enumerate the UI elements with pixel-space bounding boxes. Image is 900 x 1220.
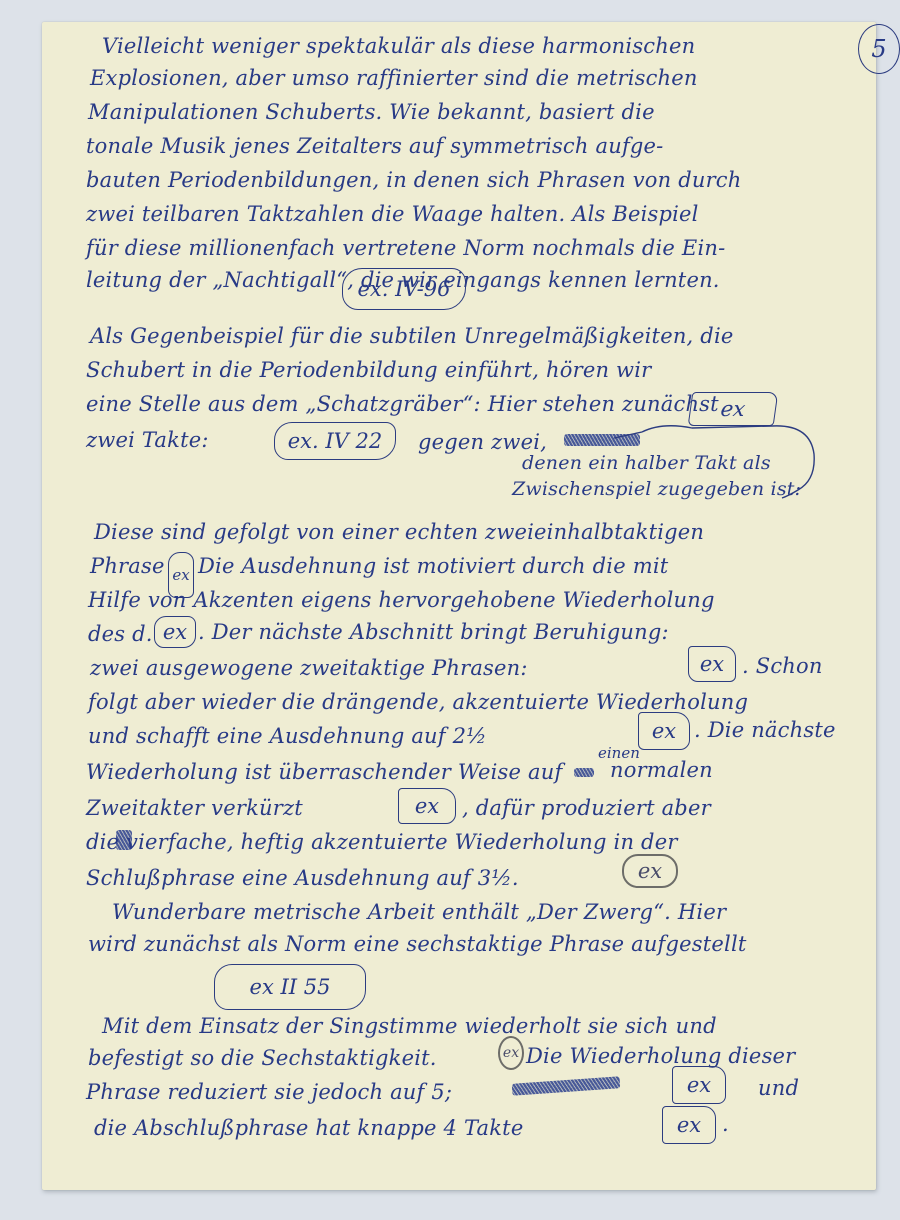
text-line: die Abschlußphrase hat knappe 4 Takte — [94, 1118, 523, 1139]
text-line: Manipulationen Schuberts. Wie bekannt, b… — [88, 102, 655, 123]
text-line: . Schon — [742, 656, 823, 677]
example-marker-iv-96: ex. IV-96 — [342, 268, 466, 310]
example-marker-ex: ex — [154, 616, 196, 648]
text-line: normalen — [610, 760, 713, 781]
page-number: 5 — [858, 24, 900, 74]
text-line: Explosionen, aber umso raffinierter sind… — [90, 68, 698, 89]
text-line: zwei Takte: — [86, 430, 209, 451]
crossed-out-word — [564, 434, 640, 446]
text-line: Schlußphrase eine Ausdehnung auf 3½. — [86, 868, 519, 889]
example-marker-iv-22: ex. IV 22 — [274, 422, 396, 460]
text-line: Wiederholung ist überraschender Weise au… — [86, 762, 562, 783]
crossed-out-word — [512, 1076, 621, 1096]
text-line: Hilfe von Akzenten eigens hervorgehobene… — [88, 590, 715, 611]
example-marker-ex: ex — [688, 646, 736, 682]
text-line: gegen zwei, — [418, 432, 547, 453]
text-line: zwei teilbaren Taktzahlen die Waage halt… — [86, 204, 699, 225]
crossed-out-word — [574, 768, 594, 777]
text-line: . Der nächste Abschnitt bringt Beruhigun… — [198, 622, 669, 643]
text-line: Die Ausdehnung ist motiviert durch die m… — [198, 556, 668, 577]
text-line: wird zunächst als Norm eine sechstaktige… — [88, 934, 747, 955]
text-line: folgt aber wieder die drängende, akzentu… — [88, 692, 748, 713]
text-line: Als Gegenbeispiel für die subtilen Unreg… — [90, 326, 734, 347]
manuscript-page: 5 Vielleicht weniger spektakulär als die… — [42, 22, 876, 1190]
example-marker-ex: ex — [638, 712, 690, 750]
text-line: . Die nächste — [694, 720, 836, 741]
text-line: die vierfache, heftig akzentuierte Wiede… — [86, 832, 678, 853]
text-line: bauten Periodenbildungen, in denen sich … — [86, 170, 742, 191]
text-line: , dafür produziert aber — [462, 798, 711, 819]
text-line: tonale Musik jenes Zeitalters auf symmet… — [86, 136, 663, 157]
text-line: Schubert in die Periodenbildung einführt… — [86, 360, 651, 381]
text-line: eine Stelle aus dem „Schatzgräber“: Hier… — [86, 394, 719, 415]
example-marker-ex-pencil: ex — [498, 1036, 524, 1070]
text-line: Zwischenspiel zugegeben ist: — [512, 480, 801, 499]
text-line: zwei ausgewogene zweitaktige Phrasen: — [90, 658, 528, 679]
text-line: Phrase — [90, 556, 165, 577]
example-marker-ex: ex — [688, 392, 779, 426]
example-marker-ii-55: ex II 55 — [214, 964, 366, 1010]
text-line: Diese sind gefolgt von einer echten zwei… — [94, 522, 704, 543]
example-marker-ex: ex — [398, 788, 456, 824]
text-line: für diese millionenfach vertretene Norm … — [86, 238, 725, 259]
text-line: Mit dem Einsatz der Singstimme wiederhol… — [102, 1016, 717, 1037]
text-line: . — [722, 1114, 729, 1135]
text-line: Wunderbare metrische Arbeit enthält „Der… — [112, 902, 726, 923]
text-line: und — [758, 1078, 799, 1099]
text-line: Vielleicht weniger spektakulär als diese… — [102, 36, 695, 57]
text-line: des d. — [88, 624, 153, 645]
example-marker-ex: ex — [662, 1106, 716, 1144]
text-line: Phrase reduziert sie jedoch auf 5; — [86, 1082, 452, 1103]
example-marker-ex-pencil: ex — [622, 854, 678, 888]
example-marker-ex: ex — [672, 1066, 726, 1104]
text-line: befestigt so die Sechstaktigkeit. — [88, 1048, 437, 1069]
text-line: und schafft eine Ausdehnung auf 2½ — [88, 726, 487, 747]
text-line: Zweitakter verkürzt — [86, 798, 303, 819]
text-line: denen ein halber Takt als — [522, 454, 771, 473]
text-line: Die Wiederholung dieser — [526, 1046, 795, 1067]
